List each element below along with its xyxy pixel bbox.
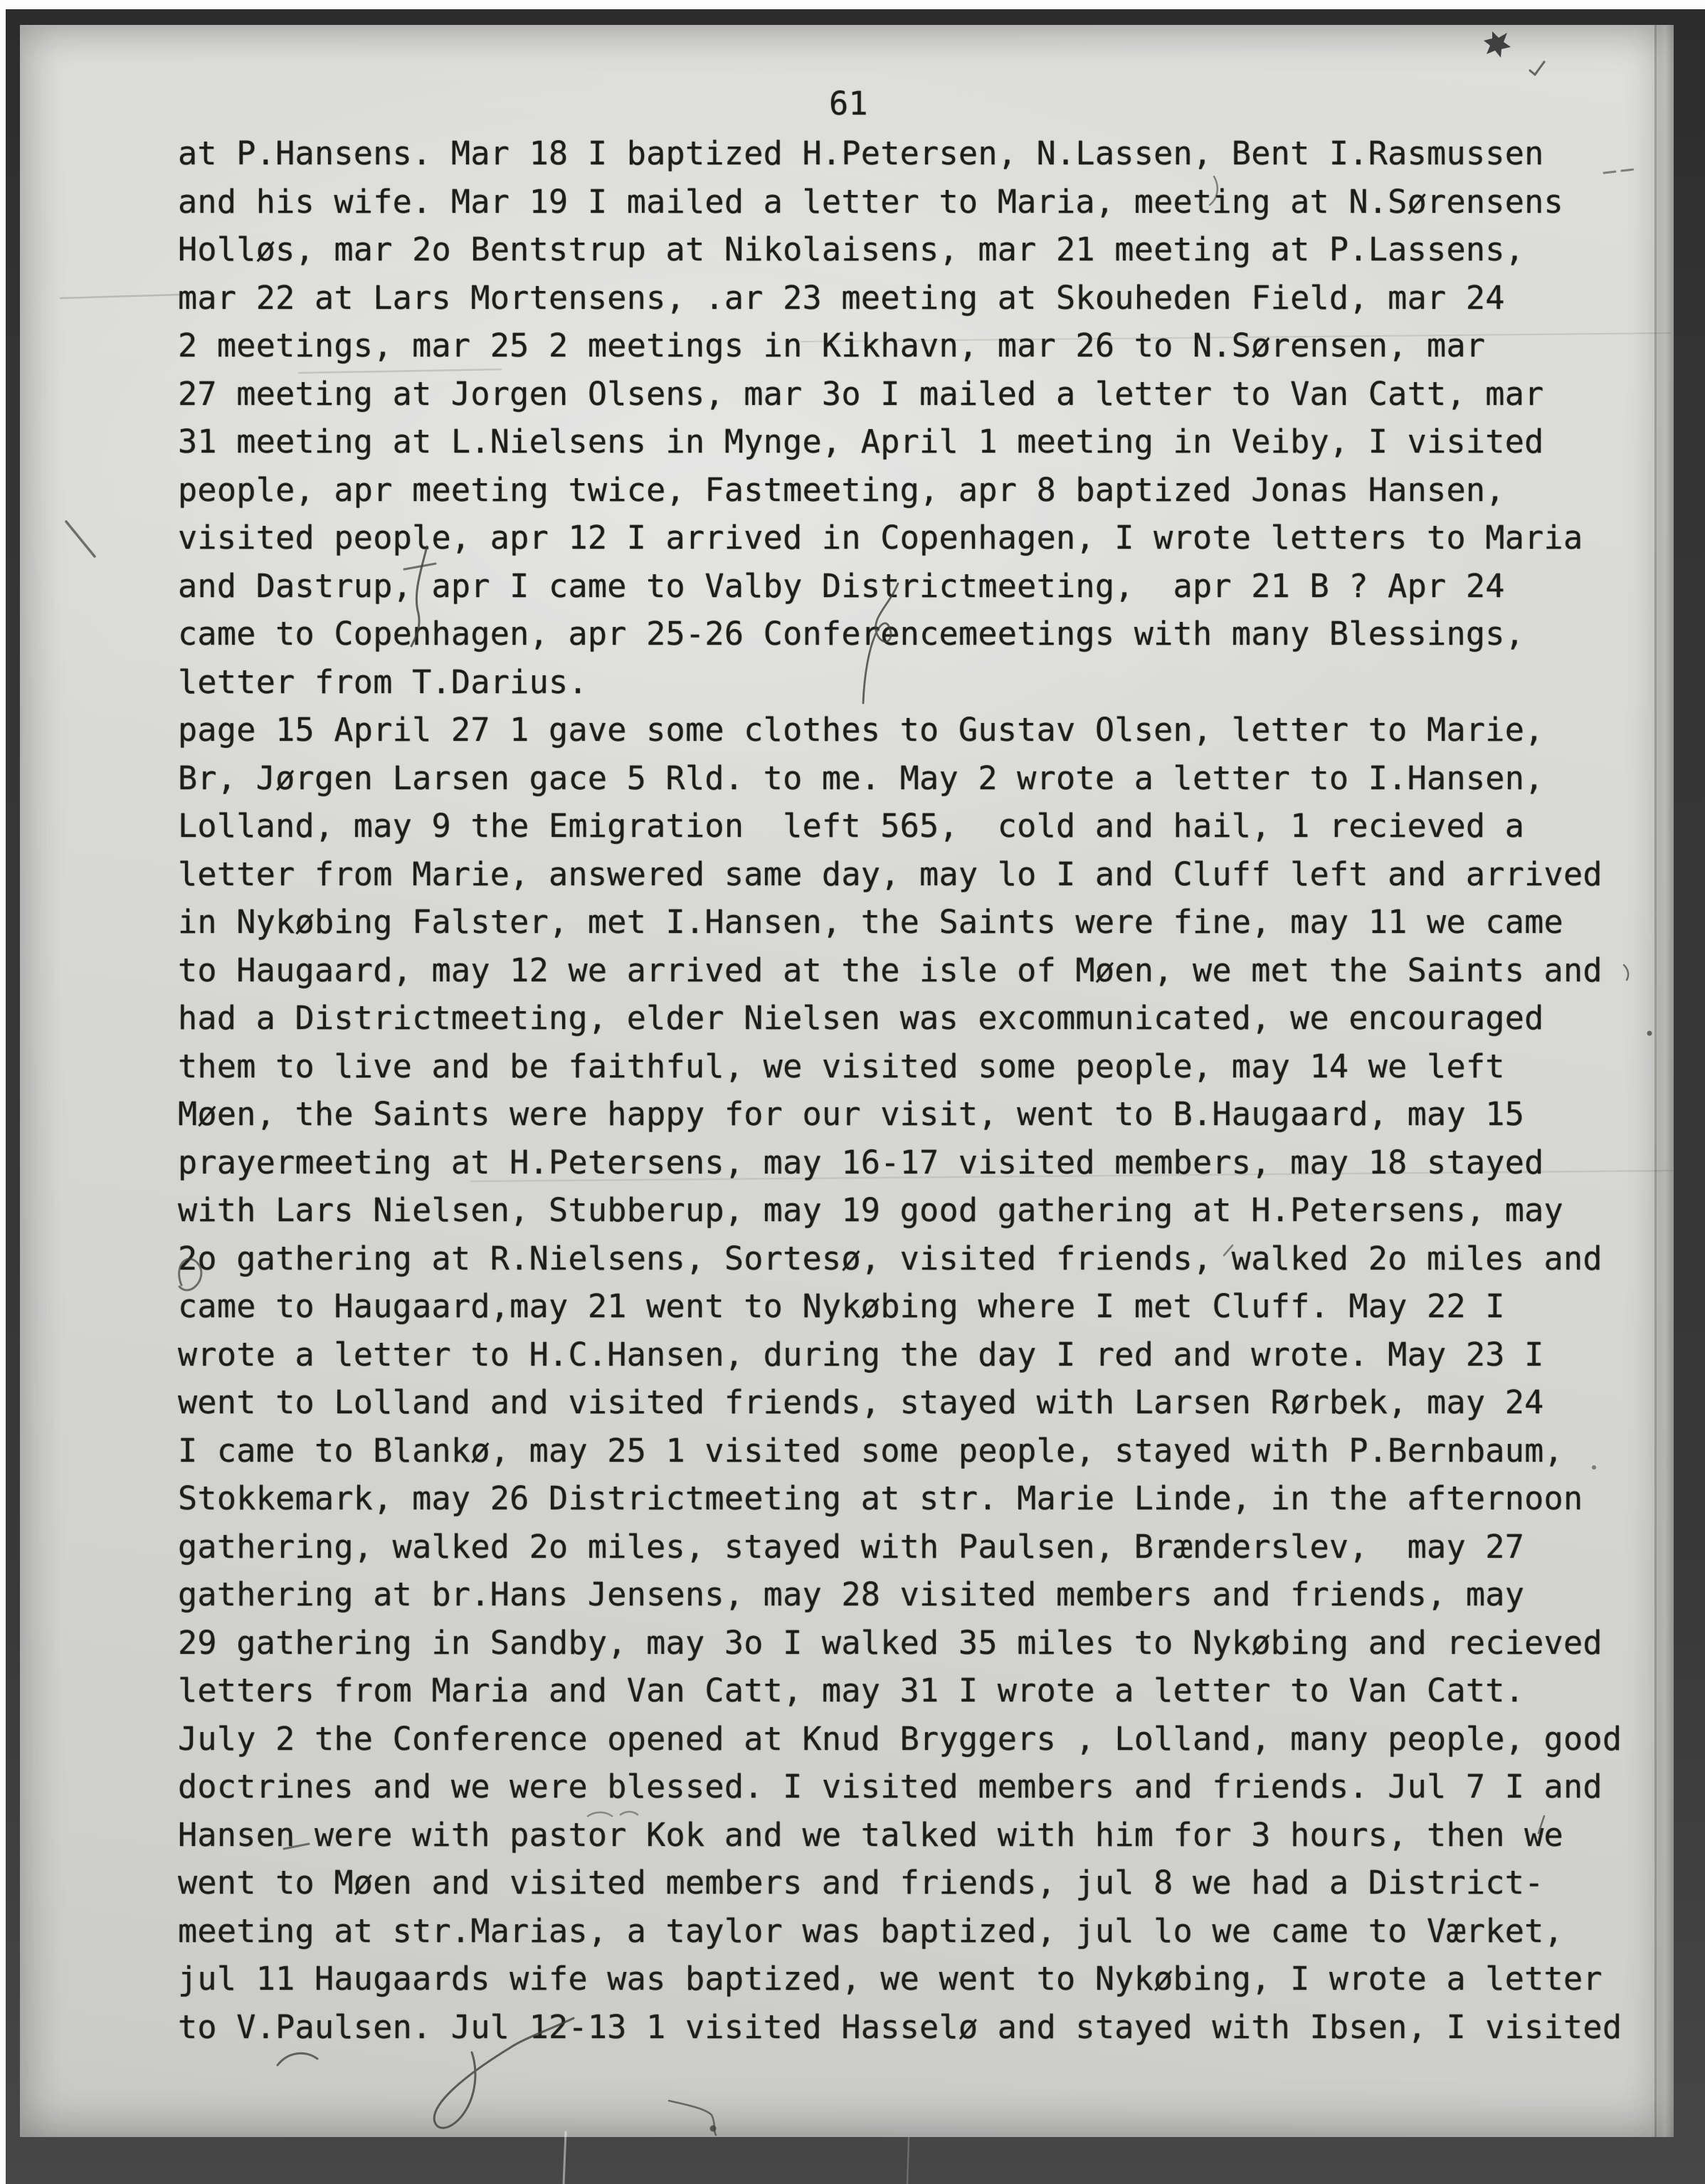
text-line: went to Lolland and visited friends, sta… — [178, 1378, 1665, 1427]
text-line: mar 22 at Lars Mortensens, .ar 23 meetin… — [178, 274, 1665, 322]
text-line: Stokkemark, may 26 Districtmeeting at st… — [178, 1475, 1665, 1523]
text-line: letter from T.Darius. — [178, 658, 1665, 707]
text-line: came to Haugaard,may 21 went to Nykøbing… — [178, 1282, 1665, 1331]
text-line: Møen, the Saints were happy for our visi… — [178, 1090, 1665, 1139]
text-line: with Lars Nielsen, Stubberup, may 19 goo… — [178, 1186, 1665, 1235]
text-line: letters from Maria and Van Catt, may 31 … — [178, 1667, 1665, 1715]
text-line: 2 meetings, mar 25 2 meetings in Kikhavn… — [178, 322, 1665, 370]
text-line: Lolland, may 9 the Emigration left 565, … — [178, 802, 1665, 850]
text-line: jul 11 Haugaards wife was baptized, we w… — [178, 1955, 1665, 2003]
text-line: Hansen were with pastor Kok and we talke… — [178, 1811, 1665, 1859]
text-line: had a Districtmeeting, elder Nielsen was… — [178, 994, 1665, 1043]
text-line: Br, Jørgen Larsen gace 5 Rld. to me. May… — [178, 754, 1665, 803]
text-line: page 15 April 27 1 gave some clothes to … — [178, 706, 1665, 754]
text-line: wrote a letter to H.C.Hansen, during the… — [178, 1331, 1665, 1379]
text-body: at P.Hansens. Mar 18 I baptized H.Peters… — [178, 130, 1665, 2051]
text-line: meeting at str.Marias, a taylor was bapt… — [178, 1907, 1665, 1956]
text-line: went to Møen and visited members and fri… — [178, 1859, 1665, 1907]
microfilm-scan: 61 at P.Hansens. Mar 18 I baptized H.Pet… — [0, 0, 1705, 2184]
page-right-edge-shadow — [1654, 25, 1674, 2137]
text-line: to Haugaard, may 12 we arrived at the is… — [178, 946, 1665, 995]
text-line: them to live and be faithful, we visited… — [178, 1043, 1665, 1091]
document-page: 61 at P.Hansens. Mar 18 I baptized H.Pet… — [20, 25, 1674, 2137]
text-line: people, apr meeting twice, Fastmeeting, … — [178, 466, 1665, 515]
text-line: doctrines and we were blessed. I visited… — [178, 1763, 1665, 1811]
text-line: and Dastrup, apr I came to Valby Distric… — [178, 562, 1665, 611]
text-line: 29 gathering in Sandby, may 3o I walked … — [178, 1619, 1665, 1667]
text-line: at P.Hansens. Mar 18 I baptized H.Peters… — [178, 130, 1665, 178]
text-line: 27 meeting at Jorgen Olsens, mar 3o I ma… — [178, 370, 1665, 418]
text-line: July 2 the Conference opened at Knud Bry… — [178, 1715, 1665, 1763]
text-line: came to Copenhagen, apr 25-26 Conference… — [178, 610, 1665, 658]
text-line: Holløs, mar 2o Bentstrup at Nikolaisens,… — [178, 226, 1665, 274]
text-line: visited people, apr 12 I arrived in Cope… — [178, 514, 1665, 562]
text-line: gathering at br.Hans Jensens, may 28 vis… — [178, 1571, 1665, 1619]
text-line: gathering, walked 2o miles, stayed with … — [178, 1523, 1665, 1571]
text-line: letter from Marie, answered same day, ma… — [178, 850, 1665, 899]
text-line: 31 meeting at L.Nielsens in Mynge, April… — [178, 418, 1665, 466]
text-line: I came to Blankø, may 25 1 visited some … — [178, 1427, 1665, 1475]
text-line: and his wife. Mar 19 I mailed a letter t… — [178, 178, 1665, 226]
text-line: prayermeeting at H.Petersens, may 16-17 … — [178, 1139, 1665, 1187]
text-line: 2o gathering at R.Nielsens, Sortesø, vis… — [178, 1235, 1665, 1283]
text-line: to V.Paulsen. Jul 12-13 1 visited Hassel… — [178, 2003, 1665, 2052]
page-number: 61 — [829, 80, 868, 128]
text-line: in Nykøbing Falster, met I.Hansen, the S… — [178, 898, 1665, 946]
